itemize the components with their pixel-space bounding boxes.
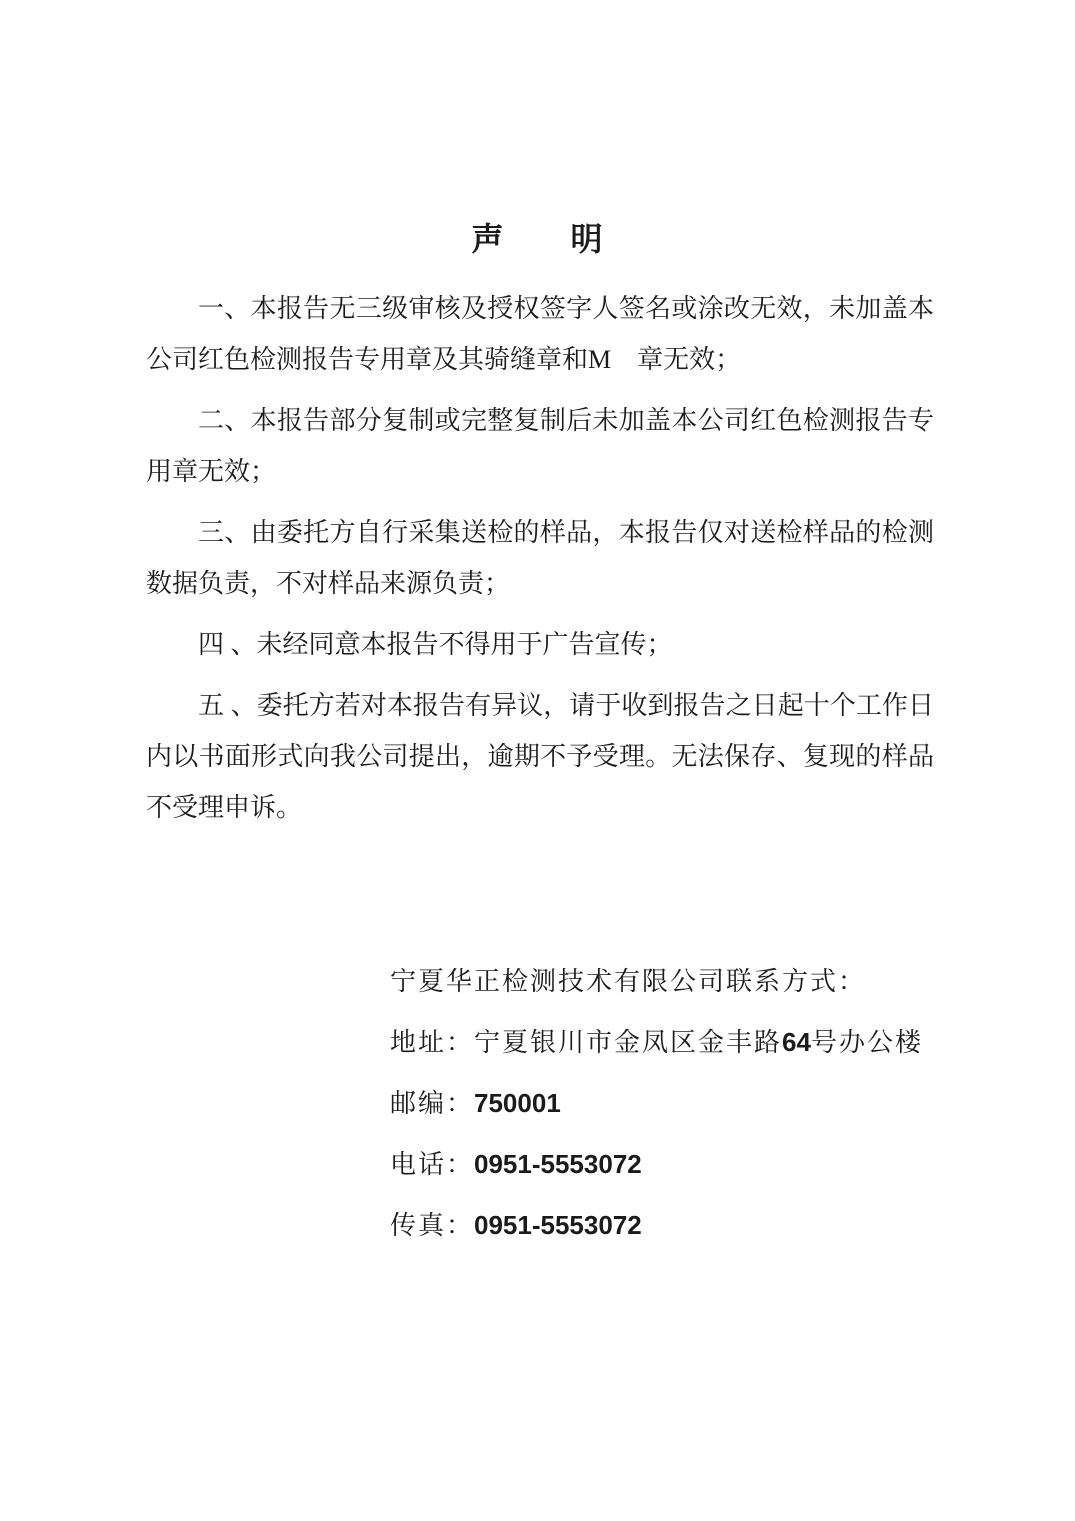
clause-5: 五 、委托方若对本报告有异议，请于收到报告之日起十个工作日内以书面形式向我公司提…	[146, 680, 934, 833]
fax-label: 传真：	[390, 1211, 474, 1240]
contact-fax-line: 传真：0951-5553072	[390, 1195, 923, 1256]
phone-label: 电话：	[390, 1150, 474, 1179]
clause-3: 三、由委托方自行采集送检的样品，本报告仅对送检样品的检测数据负责，不对样品来源负…	[146, 507, 934, 609]
phone-value: 0951-5553072	[474, 1149, 642, 1179]
page-title: 声 明	[0, 220, 1075, 258]
contact-address-line: 地址：宁夏银川市金凤区金丰路64号办公楼	[390, 1012, 923, 1073]
fax-value: 0951-5553072	[474, 1210, 642, 1240]
contact-postcode-line: 邮编：750001	[390, 1073, 923, 1134]
address-label: 地址：	[390, 1028, 474, 1057]
address-prefix: 宁夏银川市金凤区金丰路	[474, 1028, 782, 1057]
postcode-label: 邮编：	[390, 1089, 474, 1118]
contact-block: 宁夏华正检测技术有限公司联系方式： 地址：宁夏银川市金凤区金丰路64号办公楼 邮…	[390, 952, 923, 1256]
address-number: 64	[782, 1027, 811, 1057]
contact-header-text: 宁夏华正检测技术有限公司联系方式：	[390, 967, 866, 996]
contact-header: 宁夏华正检测技术有限公司联系方式：	[390, 952, 923, 1012]
clause-4: 四 、未经同意本报告不得用于广告宣传；	[146, 619, 934, 670]
declaration-page: 声 明 一、本报告无三级审核及授权签字人签名或涂改无效，未加盖本公司红色检测报告…	[0, 0, 1075, 1521]
declaration-clauses: 一、本报告无三级审核及授权签字人签名或涂改无效，未加盖本公司红色检测报告专用章及…	[146, 283, 934, 843]
postcode-value: 750001	[474, 1088, 561, 1118]
clause-2: 二、本报告部分复制或完整复制后未加盖本公司红色检测报告专用章无效；	[146, 395, 934, 497]
address-suffix: 号办公楼	[811, 1028, 923, 1057]
contact-phone-line: 电话：0951-5553072	[390, 1134, 923, 1195]
clause-1: 一、本报告无三级审核及授权签字人签名或涂改无效，未加盖本公司红色检测报告专用章及…	[146, 283, 934, 385]
